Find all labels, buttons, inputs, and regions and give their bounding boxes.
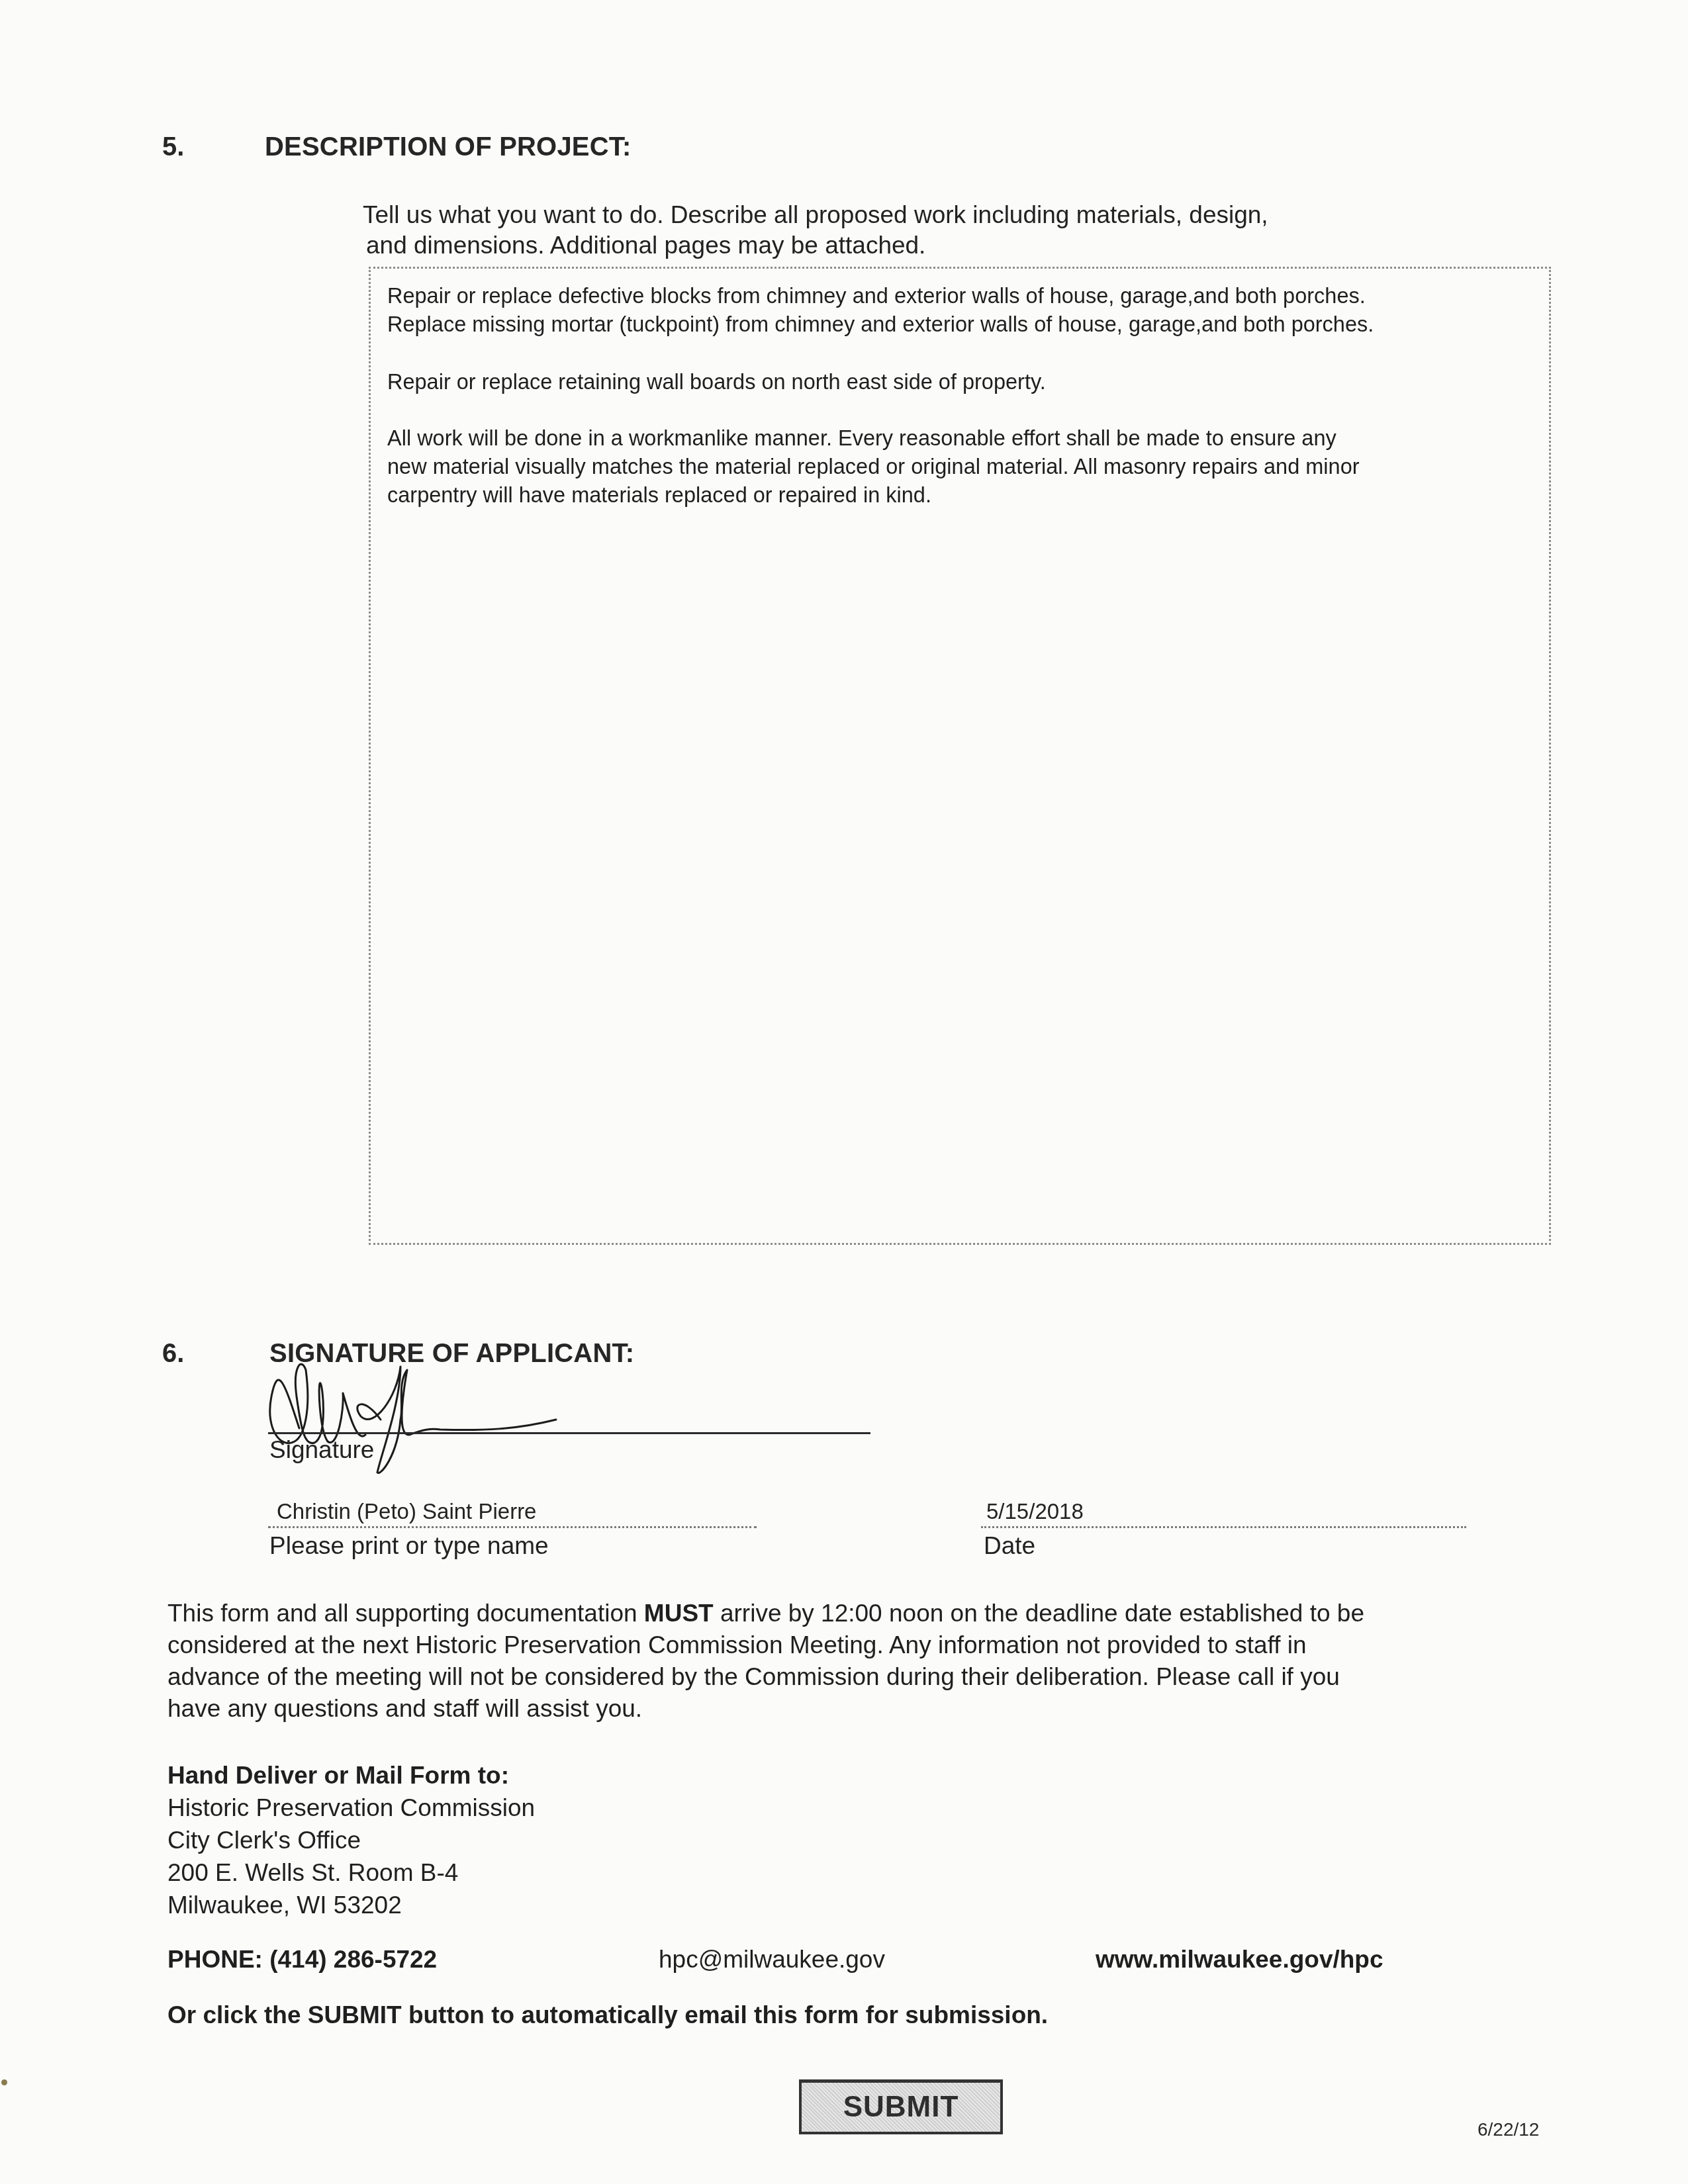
scan-speck (1, 2079, 7, 2085)
description-paragraph-1: Repair or replace defective blocks from … (387, 282, 1374, 339)
section-5-number: 5. (162, 132, 184, 162)
address-line: Historic Preservation Commission (167, 1792, 535, 1824)
form-version-date: 6/22/12 (1477, 2119, 1539, 2140)
project-description-field[interactable]: Repair or replace defective blocks from … (369, 267, 1551, 1245)
website-link[interactable]: www.milwaukee.gov/hpc (1096, 1946, 1383, 1974)
printed-name-line (268, 1526, 757, 1528)
signature-label: Signature (269, 1436, 374, 1464)
notice-line-2: considered at the next Historic Preserva… (167, 1629, 1364, 1661)
notice-line-3: advance of the meeting will not be consi… (167, 1661, 1364, 1693)
notice-line-4: have any questions and staff will assist… (167, 1693, 1364, 1725)
printed-name-label: Please print or type name (269, 1532, 549, 1560)
phone-number: PHONE: (414) 286-5722 (167, 1946, 437, 1974)
description-line: All work will be done in a workmanlike m… (387, 424, 1360, 453)
description-paragraph-3: All work will be done in a workmanlike m… (387, 424, 1360, 510)
address-line: City Clerk's Office (167, 1824, 535, 1856)
description-line: carpentry will have materials replaced o… (387, 481, 1360, 510)
section-5-instruction-line-1: Tell us what you want to do. Describe al… (363, 200, 1268, 230)
description-line: Repair or replace defective blocks from … (387, 282, 1374, 310)
signature-line[interactable] (268, 1432, 870, 1434)
submit-instruction: Or click the SUBMIT button to automatica… (167, 2001, 1048, 2029)
section-6-number: 6. (162, 1339, 184, 1369)
address-line: Milwaukee, WI 53202 (167, 1889, 535, 1921)
printed-name-field[interactable]: Christin (Peto) Saint Pierre (277, 1499, 536, 1524)
address-line: 200 E. Wells St. Room B-4 (167, 1856, 535, 1889)
mailing-heading: Hand Deliver or Mail Form to: (167, 1759, 535, 1792)
notice-line-1: This form and all supporting documentati… (167, 1598, 1364, 1629)
deadline-notice: This form and all supporting documentati… (167, 1598, 1364, 1725)
description-line: Replace missing mortar (tuckpoint) from … (387, 310, 1374, 339)
email-link[interactable]: hpc@milwaukee.gov (659, 1946, 885, 1974)
date-line (981, 1526, 1466, 1528)
date-label: Date (984, 1532, 1035, 1560)
description-line: new material visually matches the materi… (387, 453, 1360, 481)
description-paragraph-2: Repair or replace retaining wall boards … (387, 368, 1046, 396)
submit-button[interactable]: SUBMIT (799, 2079, 1003, 2134)
mailing-address-block: Hand Deliver or Mail Form to: Historic P… (167, 1759, 535, 1921)
section-5-title: DESCRIPTION OF PROJECT: (265, 132, 632, 162)
section-5-instruction-line-2: and dimensions. Additional pages may be … (366, 230, 925, 261)
must-emphasis: MUST (644, 1600, 714, 1627)
date-field[interactable]: 5/15/2018 (986, 1499, 1084, 1524)
description-line: Repair or replace retaining wall boards … (387, 368, 1046, 396)
